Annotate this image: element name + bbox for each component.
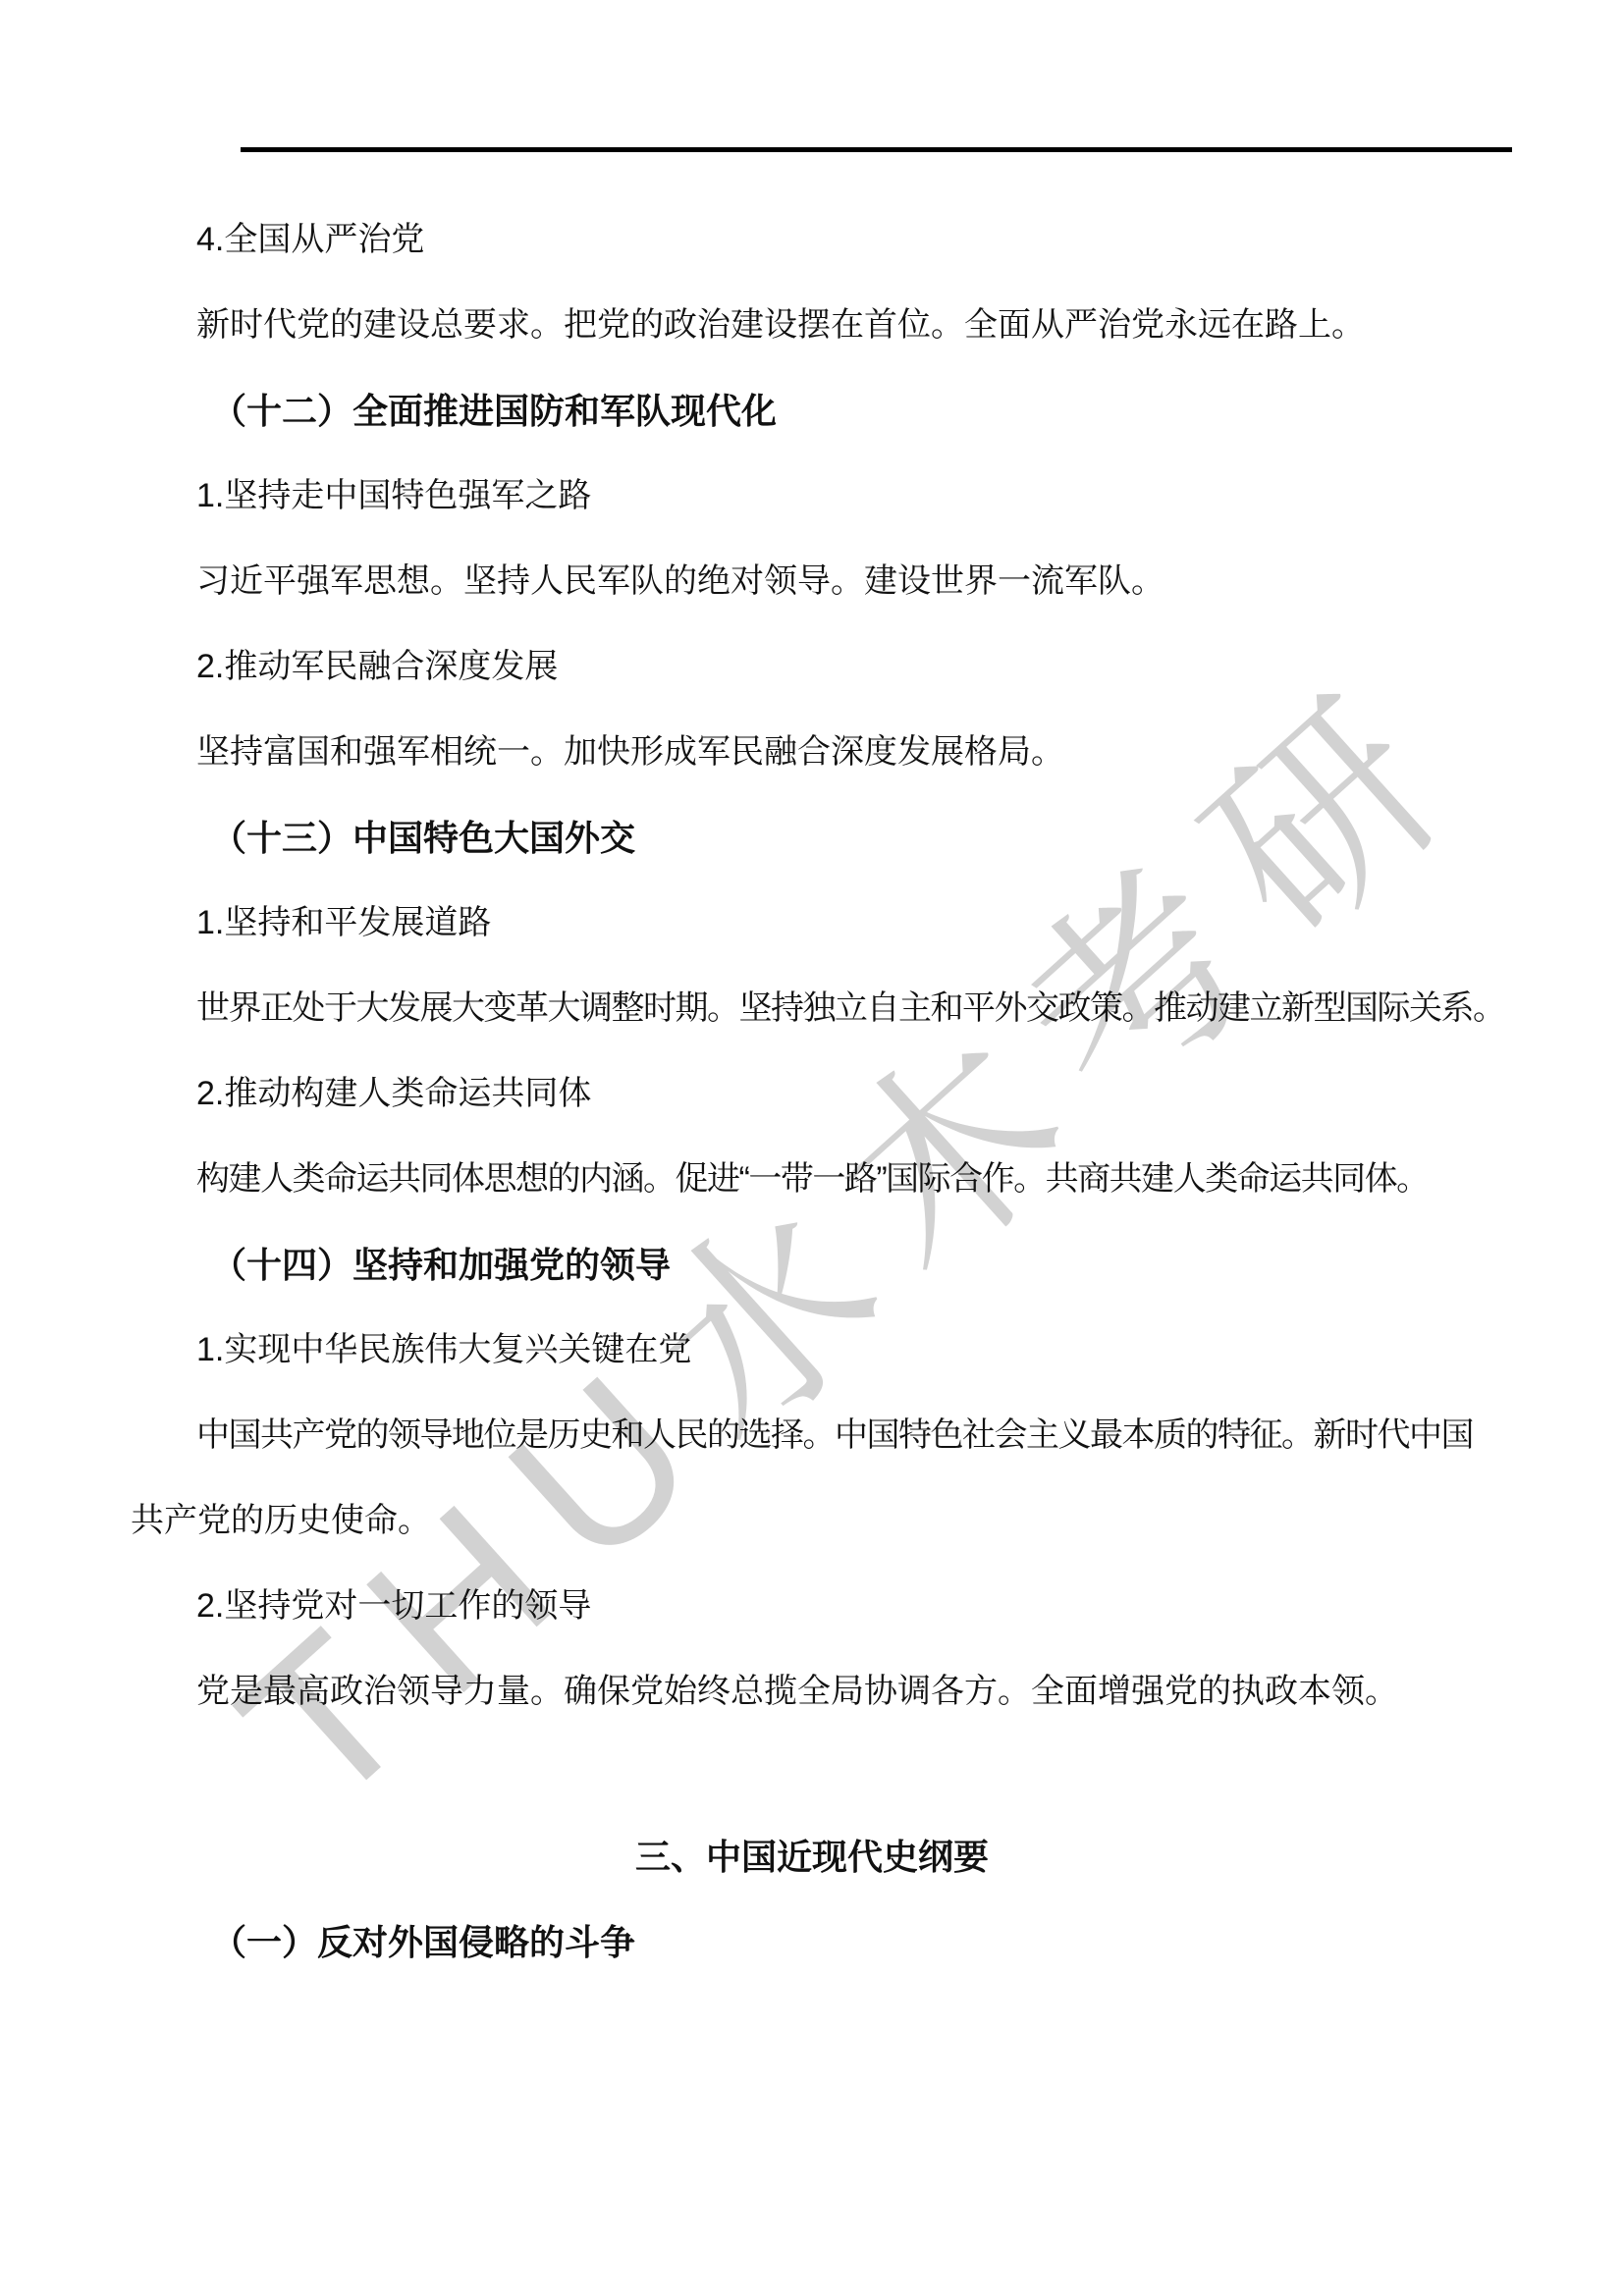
paragraph-line: 1.实现中华民族伟大复兴关键在党 <box>0 1308 1624 1393</box>
part-title: 三、中国近现代史纲要 <box>0 1814 1624 1899</box>
section-heading: （一）反对外国侵略的斗争 <box>0 1899 1624 1985</box>
paragraph-line: 中国共产党的领导地位是历史和人民的选择。中国特色社会主义最本质的特征。新时代中国 <box>0 1393 1624 1478</box>
paragraph-line: 2.推动军民融合深度发展 <box>0 624 1624 710</box>
paragraph-line: 2.坚持党对一切工作的领导 <box>0 1564 1624 1649</box>
section-heading: （十四）坚持和加强党的领导 <box>0 1222 1624 1308</box>
paragraph-line: 构建人类命运共同体思想的内涵。促进“一带一路”国际合作。共商共建人类命运共同体。 <box>0 1137 1624 1222</box>
section-heading: （十三）中国特色大国外交 <box>0 795 1624 881</box>
header-rule <box>241 147 1512 152</box>
paragraph-line: 世界正处于大发展大变革大调整时期。坚持独立自主和平外交政策。推动建立新型国际关系… <box>0 966 1624 1051</box>
paragraph-line: 新时代党的建设总要求。把党的政治建设摆在首位。全面从严治党永远在路上。 <box>0 283 1624 368</box>
paragraph-line: 习近平强军思想。坚持人民军队的绝对领导。建设世界一流军队。 <box>0 539 1624 624</box>
document-page: THU水木考研 4.全国从严治党新时代党的建设总要求。把党的政治建设摆在首位。全… <box>0 0 1624 2296</box>
paragraph-continuation-line: 共产党的历史使命。 <box>0 1478 1624 1564</box>
paragraph-line: 1.坚持和平发展道路 <box>0 881 1624 966</box>
blank-line <box>0 1735 1624 1814</box>
paragraph-line: 4.全国从严治党 <box>0 197 1624 283</box>
paragraph-line: 党是最高政治领导力量。确保党始终总揽全局协调各方。全面增强党的执政本领。 <box>0 1649 1624 1735</box>
section-heading: （十二）全面推进国防和军队现代化 <box>0 368 1624 454</box>
document-content: 4.全国从严治党新时代党的建设总要求。把党的政治建设摆在首位。全面从严治党永远在… <box>0 197 1624 1985</box>
paragraph-line: 坚持富国和强军相统一。加快形成军民融合深度发展格局。 <box>0 710 1624 795</box>
paragraph-line: 1.坚持走中国特色强军之路 <box>0 454 1624 539</box>
paragraph-line: 2.推动构建人类命运共同体 <box>0 1051 1624 1137</box>
